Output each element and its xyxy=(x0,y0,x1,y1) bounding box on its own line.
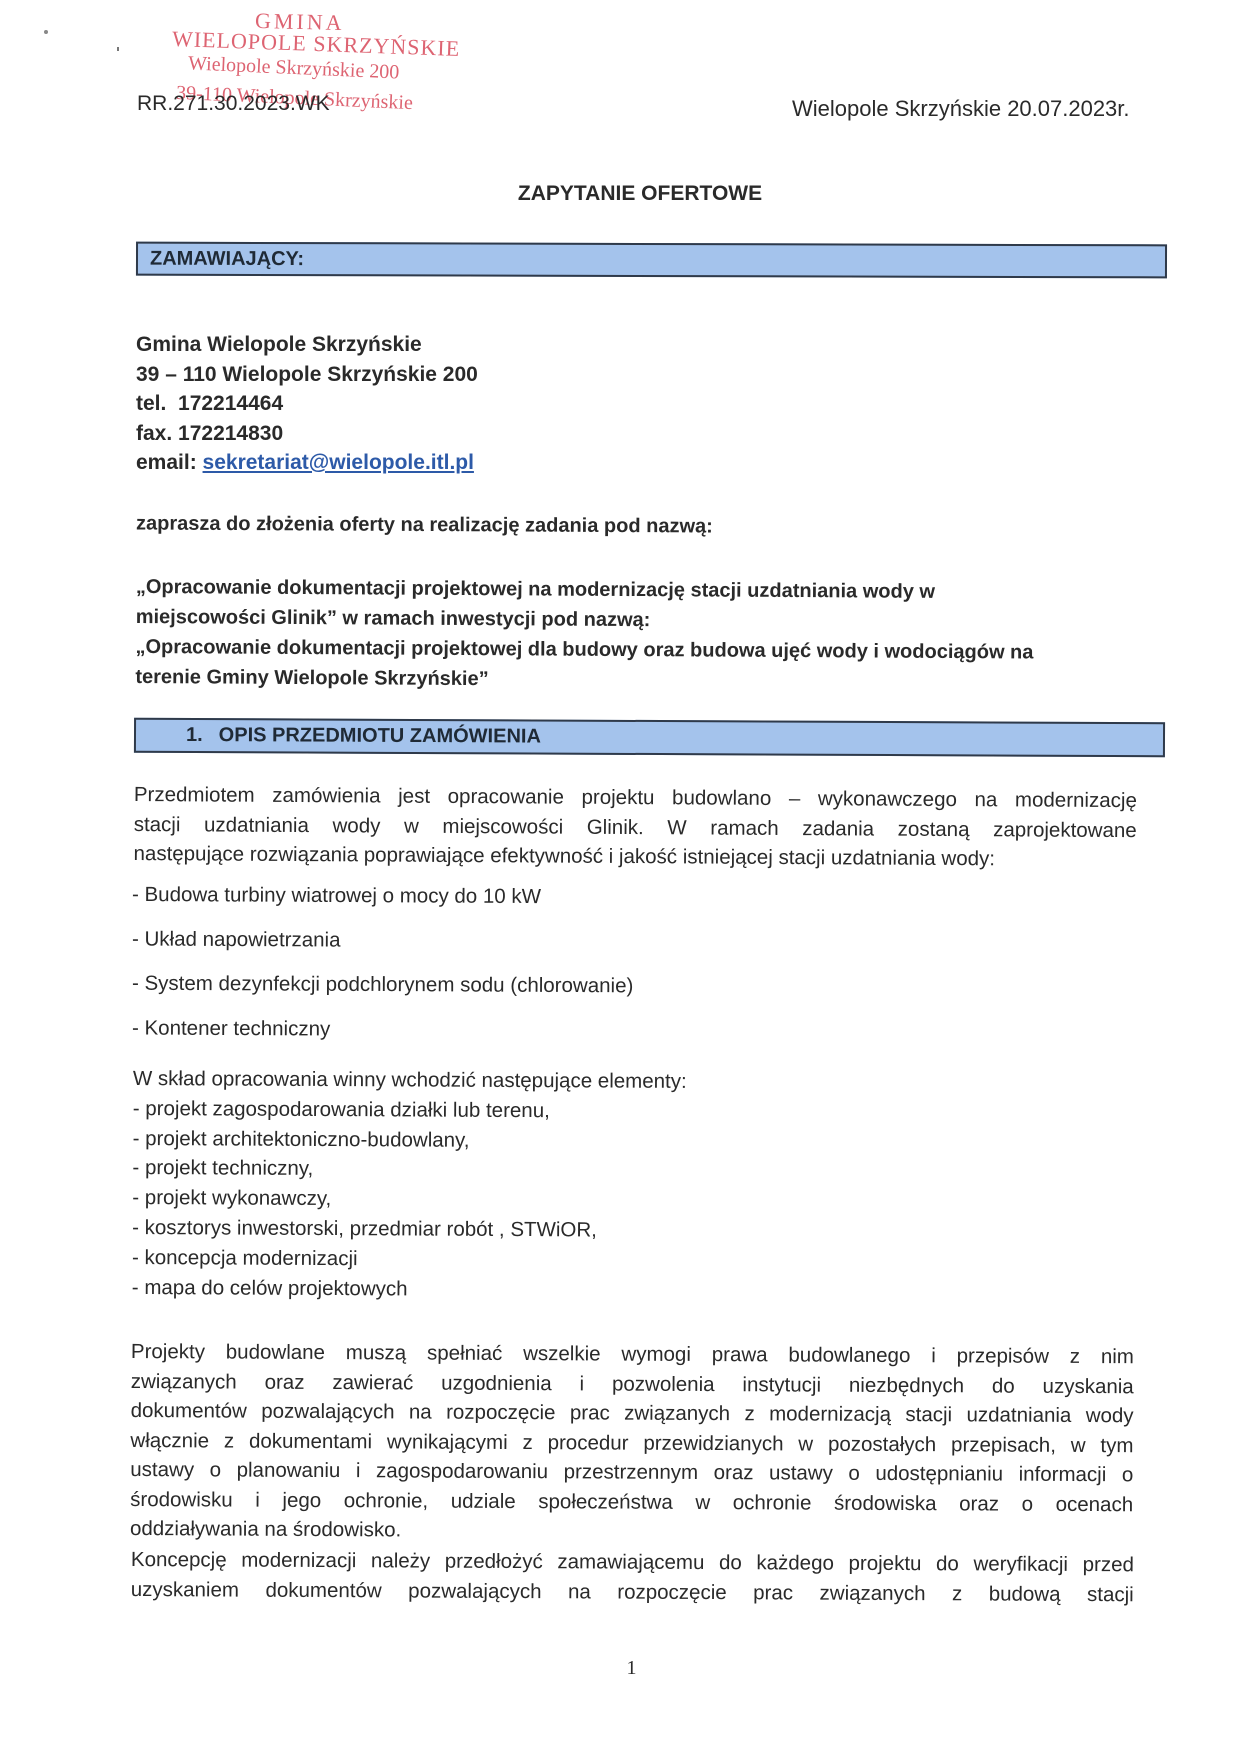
phone-label: tel. xyxy=(136,392,166,415)
solution-item: - System dezynfekcji podchlorynem sodu (… xyxy=(132,972,633,999)
paragraph-line: Koncepcję modernizacji należy przedłożyć… xyxy=(131,1545,1134,1580)
section-number: 1. xyxy=(186,724,203,747)
scan-speck xyxy=(117,47,119,51)
element-item: - kosztorys inwestorski, przedmiar robót… xyxy=(132,1213,686,1246)
document-title: ZAPYTANIE OFERTOWE xyxy=(0,182,1240,206)
paragraph-line: Projekty budowlane muszą spełniać wszelk… xyxy=(131,1337,1134,1372)
place-date: Wielopole Skrzyńskie 20.07.2023r. xyxy=(792,96,1130,122)
paragraph-line: oddziaływania na środowisko. xyxy=(130,1514,1133,1549)
concept-paragraph: Koncepcję modernizacji należy przedłożyć… xyxy=(131,1545,1134,1609)
task-line: terenie Gminy Wielopole Skrzyńskie” xyxy=(135,662,1135,698)
paragraph-line: następujące rozwiązania poprawiające efe… xyxy=(133,839,1136,875)
solution-item: - Układ napowietrzania xyxy=(132,927,341,952)
element-item: - koncepcja modernizacji xyxy=(132,1243,686,1276)
invitation-text: zaprasza do złożenia oferty na realizacj… xyxy=(136,512,713,538)
task-title: „Opracowanie dokumentacji projektowej na… xyxy=(135,572,1136,698)
fax-label: fax. xyxy=(136,422,172,445)
section-heading: ZAMAWIAJĄCY: xyxy=(150,247,304,270)
element-item: - projekt architektoniczno-budowlany, xyxy=(133,1124,687,1157)
orderer-address: 39 – 110 Wielopole Skrzyńskie 200 xyxy=(136,360,478,390)
email-link[interactable]: sekretariat@wielopole.itl.pl xyxy=(203,451,474,474)
elements-list: W skład opracowania winny wchodzić nastę… xyxy=(132,1064,687,1305)
stamp-line: Wielopole Skrzyńskie 200 xyxy=(188,53,400,83)
email-label: email: xyxy=(136,451,197,474)
fax-value: 172214830 xyxy=(178,422,283,445)
element-item: - projekt wykonawczy, xyxy=(132,1183,686,1216)
elements-heading: W skład opracowania winny wchodzić nastę… xyxy=(133,1064,687,1097)
paragraph-line: dokumentów pozwalających na rozpoczęcie … xyxy=(131,1396,1134,1431)
scan-speck xyxy=(44,30,48,34)
orderer-email: email: sekretariat@wielopole.itl.pl xyxy=(136,448,478,478)
orderer-fax: fax. 172214830 xyxy=(136,419,478,449)
orderer-name: Gmina Wielopole Skrzyńskie xyxy=(136,330,478,360)
element-item: - projekt techniczny, xyxy=(132,1153,686,1186)
orderer-contact: Gmina Wielopole Skrzyńskie 39 – 110 Wiel… xyxy=(136,330,478,478)
reference-number: RR.271.30.2023.WK xyxy=(137,92,330,116)
page-number: 1 xyxy=(0,1657,1240,1680)
element-item: - projekt zagospodarowania działki lub t… xyxy=(133,1094,687,1127)
solution-item: - Kontener techniczny xyxy=(132,1016,330,1041)
element-item: - mapa do celów projektowych xyxy=(132,1273,686,1306)
requirements-paragraph: Projekty budowlane muszą spełniać wszelk… xyxy=(130,1337,1134,1549)
section-header-orderer: ZAMAWIAJĄCY: xyxy=(136,242,1167,279)
section-header-1: 1. OPIS PRZEDMIOTU ZAMÓWIENIA xyxy=(134,718,1165,757)
section-heading: OPIS PRZEDMIOTU ZAMÓWIENIA xyxy=(219,724,541,748)
paragraph-line: ustawy o planowaniu i zagospodarowaniu p… xyxy=(130,1455,1133,1490)
paragraph-line: uzyskaniem dokumentów pozwalających na r… xyxy=(131,1574,1134,1609)
intro-paragraph: Przedmiotem zamówienia jest opracowanie … xyxy=(133,780,1137,875)
solution-item: - Budowa turbiny wiatrowej o mocy do 10 … xyxy=(132,883,541,909)
orderer-phone: tel. 172214464 xyxy=(136,389,478,419)
phone-value: 172214464 xyxy=(178,392,283,415)
